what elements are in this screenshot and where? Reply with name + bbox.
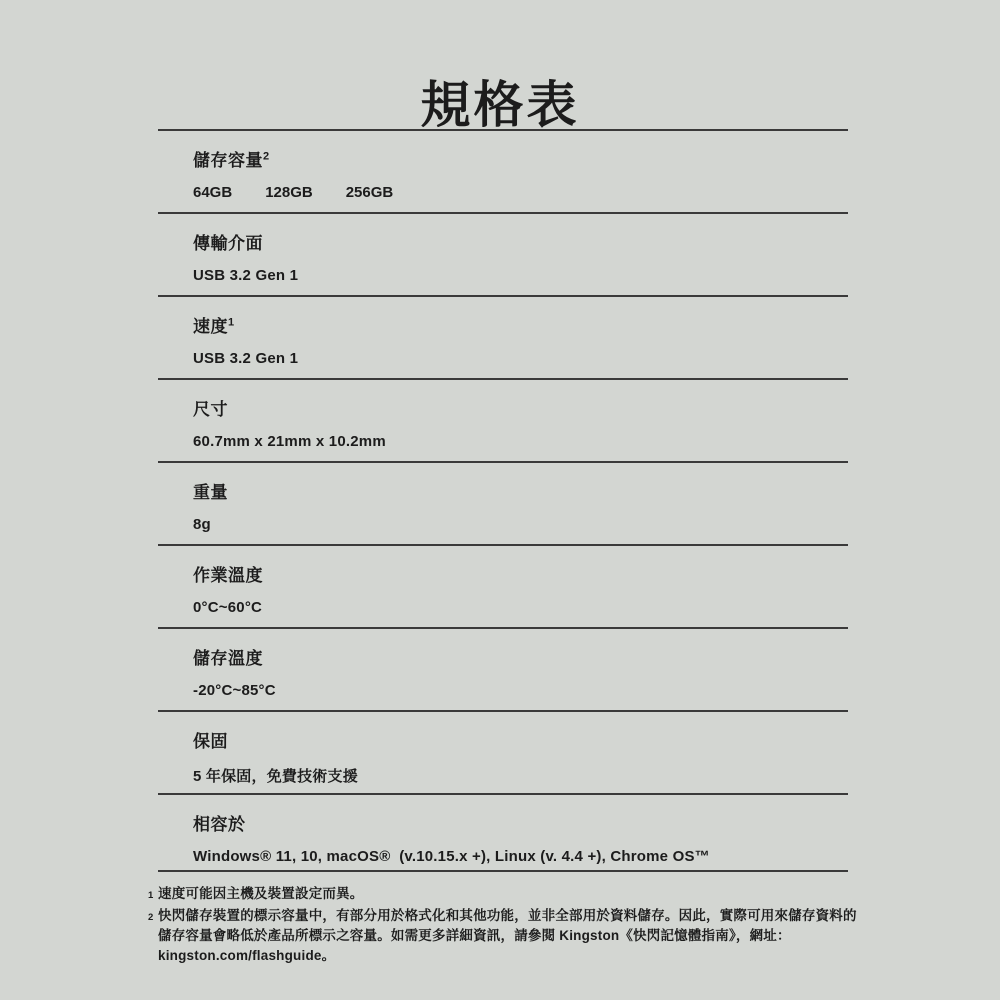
footnote-ref-2: 2 (263, 150, 270, 162)
spec-label-text: 保固 (193, 732, 228, 751)
footnote-speed: 1 速度可能因主機及裝置設定而異。 (148, 884, 864, 906)
spec-label: 相容於 (193, 810, 848, 835)
spec-label-text: 儲存容量 (193, 151, 263, 170)
spec-label: 保固 (193, 727, 848, 752)
spec-label: 作業溫度 (193, 561, 848, 586)
spec-label: 尺寸 (193, 395, 848, 420)
spec-value: Windows® 11, 10, macOS® (v.10.15.x +), L… (193, 848, 848, 865)
spec-label: 速度1 (193, 312, 848, 337)
capacity-list: 64GB 128GB 256GB (193, 184, 848, 201)
capacity-value: 128GB (265, 184, 313, 201)
spec-value: 5 年保固，免費技術支援 (193, 765, 848, 786)
spec-value: 0°C~60°C (193, 599, 848, 616)
spec-table: 儲存容量2 64GB 128GB 256GB 傳輸介面 USB 3.2 Gen … (158, 129, 848, 872)
capacity-value: 256GB (346, 184, 394, 201)
spec-value: USB 3.2 Gen 1 (193, 350, 848, 367)
spec-label-text: 速度 (193, 317, 228, 336)
footnote-capacity: 2 快閃儲存裝置的標示容量中，有部分用於格式化和其他功能，並非全部用於資料儲存。… (148, 906, 864, 966)
spec-row-storage-temperature: 儲存溫度 -20°C~85°C (158, 627, 848, 710)
spec-label-text: 重量 (193, 483, 228, 502)
spec-label-text: 尺寸 (193, 400, 228, 419)
spec-label-text: 儲存溫度 (193, 649, 263, 668)
spec-row-warranty: 保固 5 年保固，免費技術支援 (158, 710, 848, 793)
spec-value: 60.7mm x 21mm x 10.2mm (193, 433, 848, 450)
spec-row-compatibility: 相容於 Windows® 11, 10, macOS® (v.10.15.x +… (158, 793, 848, 870)
spec-value: -20°C~85°C (193, 682, 848, 699)
footnotes: 1 速度可能因主機及裝置設定而異。 2 快閃儲存裝置的標示容量中，有部分用於格式… (148, 884, 864, 966)
footnote-ref-1: 1 (228, 316, 235, 328)
capacity-value: 64GB (193, 184, 232, 201)
spec-label-text: 相容於 (193, 815, 246, 834)
footnote-text: 快閃儲存裝置的標示容量中，有部分用於格式化和其他功能，並非全部用於資料儲存。因此… (158, 906, 864, 966)
spec-label: 儲存溫度 (193, 644, 848, 669)
spec-label: 重量 (193, 478, 848, 503)
spec-label-text: 傳輸介面 (193, 234, 263, 253)
spec-label: 傳輸介面 (193, 229, 848, 254)
spec-value: USB 3.2 Gen 1 (193, 267, 848, 284)
spec-row-interface: 傳輸介面 USB 3.2 Gen 1 (158, 212, 848, 295)
spec-row-operating-temperature: 作業溫度 0°C~60°C (158, 544, 848, 627)
spec-row-storage-capacity: 儲存容量2 64GB 128GB 256GB (158, 129, 848, 212)
footnote-marker: 2 (148, 906, 158, 928)
footnote-marker: 1 (148, 884, 158, 906)
spec-row-dimensions: 尺寸 60.7mm x 21mm x 10.2mm (158, 378, 848, 461)
page-title: 規格表 (0, 78, 1000, 133)
footnote-text: 速度可能因主機及裝置設定而異。 (158, 884, 864, 904)
spec-row-speed: 速度1 USB 3.2 Gen 1 (158, 295, 848, 378)
spec-row-weight: 重量 8g (158, 461, 848, 544)
spec-value: 8g (193, 516, 848, 533)
spec-label-text: 作業溫度 (193, 566, 263, 585)
spec-label: 儲存容量2 (193, 146, 848, 171)
